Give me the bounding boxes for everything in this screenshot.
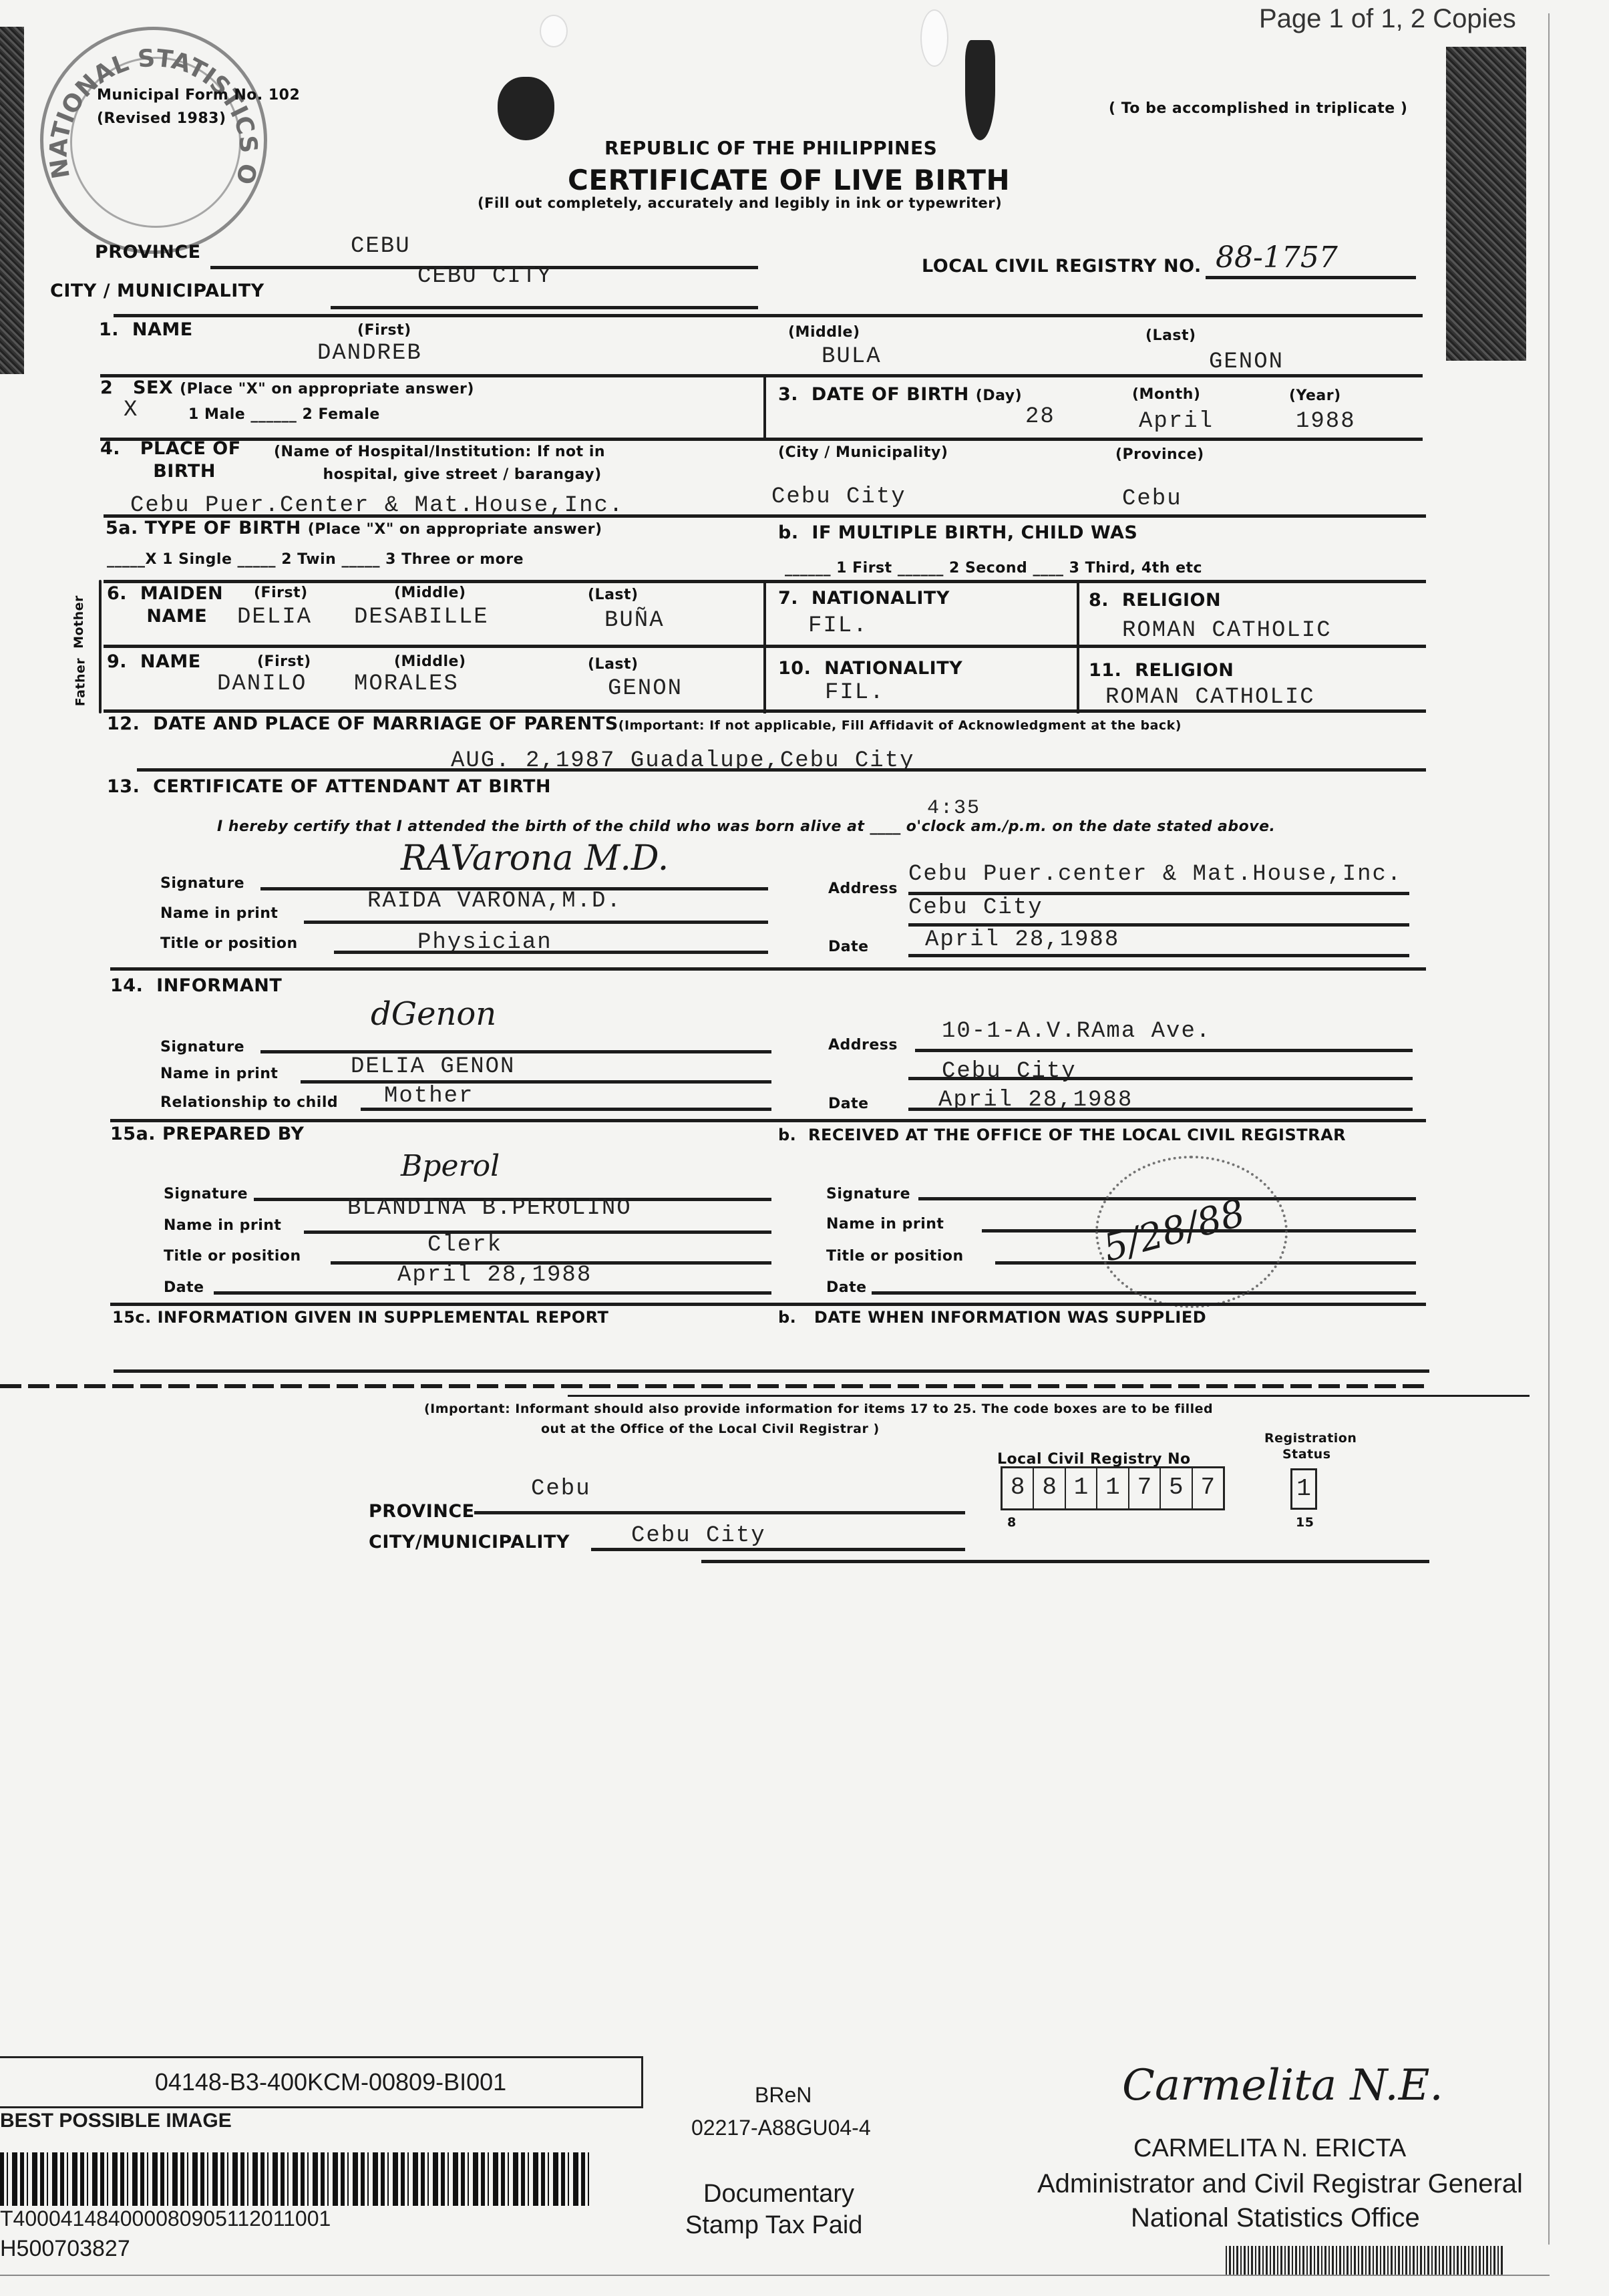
- item-number: 6.: [107, 583, 127, 604]
- registry-line: [1206, 276, 1416, 279]
- prepared-label: 15a. PREPARED BY: [110, 1124, 304, 1144]
- tob-options: _____X 1 Single _____ 2 Twin _____ 3 Thr…: [107, 551, 524, 568]
- row-divider: [104, 645, 1426, 648]
- item-number: b.: [778, 522, 799, 543]
- prepared-label-text: PREPARED BY: [162, 1124, 304, 1144]
- item-number: 4.: [100, 438, 120, 459]
- prepared-title-label: Title or position: [164, 1248, 301, 1265]
- item-number: 11.: [1089, 660, 1121, 681]
- supplemental-label: 15c. INFORMATION GIVEN IN SUPPLEMENTAL R…: [112, 1308, 608, 1327]
- row-divider: [114, 1369, 1429, 1373]
- father-nat-label: 10. NATIONALITY: [778, 658, 962, 679]
- right-scan-edge: [1446, 47, 1526, 361]
- received-sig-label: Signature: [826, 1186, 910, 1202]
- prepared-name-label: Name in print: [164, 1217, 281, 1234]
- mother-nationality: FIL.: [808, 613, 868, 639]
- stamp-tax-line-1: Documentary: [703, 2180, 854, 2208]
- row-divider: [114, 314, 1423, 317]
- pob-hint-1: (Name of Hospital/Institution: If not in: [274, 444, 605, 460]
- right-page-border: [1548, 13, 1550, 2245]
- item-number: 8.: [1089, 590, 1109, 611]
- tob-label: 5a. TYPE OF BIRTH (Place "X" on appropri…: [106, 518, 602, 538]
- code-box: 7: [1129, 1468, 1161, 1508]
- tob-label-text: TYPE OF BIRTH: [145, 518, 301, 538]
- informant-rel-label: Relationship to child: [160, 1094, 338, 1111]
- tob-mark[interactable]: X: [146, 551, 157, 568]
- informant-address-1: 10-1-A.V.RAma Ave.: [942, 1019, 1211, 1044]
- informant-sig-label: Signature: [160, 1039, 244, 1055]
- item-number: 3.: [778, 384, 798, 405]
- dob-label: 3. DATE OF BIRTH (Day): [778, 384, 1022, 405]
- birth-time: 4:35: [927, 797, 980, 820]
- item-number: b.: [778, 1308, 796, 1327]
- codes-important-1: (Important: Informant should also provid…: [424, 1402, 1213, 1416]
- row-divider: [568, 1395, 1530, 1397]
- codes-important-2: out at the Office of the Local Civil Reg…: [541, 1422, 880, 1436]
- item-number: 13.: [107, 776, 140, 797]
- sex-label: 2 SEX (Place "X" on appropriate answer): [100, 377, 474, 398]
- status-label-1: Registration: [1264, 1431, 1357, 1446]
- province-value: CEBU: [351, 234, 411, 259]
- mother-middle-label: (Middle): [394, 585, 466, 601]
- name-line: [304, 921, 768, 924]
- supplemental-date-text: DATE WHEN INFORMATION WAS SUPPLIED: [814, 1308, 1206, 1327]
- informant-relationship: Mother: [384, 1084, 474, 1109]
- item-number: 1.: [99, 319, 119, 340]
- child-middle-name: BULA: [822, 344, 882, 369]
- row-divider: [104, 709, 1426, 713]
- svg-text:NATIONAL STATISTICS OFFICE: NATIONAL STATISTICS OFFICE: [43, 30, 262, 187]
- row-divider: [110, 1303, 1426, 1306]
- mother-religion: ROMAN CATHOLIC: [1122, 618, 1332, 643]
- multi-first-option[interactable]: 1 First: [836, 560, 892, 577]
- informant-signature: dGenon: [371, 995, 496, 1033]
- address-line-2: [908, 1077, 1413, 1080]
- status-code-below: 15: [1296, 1515, 1314, 1530]
- attendant-address-label: Address: [828, 880, 898, 897]
- informant-address-label: Address: [828, 1037, 898, 1053]
- mother-rel-label: 8. RELIGION: [1089, 590, 1221, 611]
- middle-label: (Middle): [788, 324, 860, 341]
- father-middle: MORALES: [354, 671, 459, 697]
- tob-twin-option[interactable]: 2 Twin: [281, 551, 336, 568]
- supplemental-label-text: INFORMATION GIVEN IN SUPPLEMENTAL REPORT: [158, 1308, 609, 1327]
- pob-city-label: (City / Municipality): [778, 444, 948, 461]
- code-box: 8: [1034, 1468, 1065, 1508]
- name-line: [304, 1231, 771, 1234]
- registrar-office: National Statistics Office: [1131, 2203, 1420, 2233]
- address-line: [915, 1049, 1413, 1052]
- received-name-label: Name in print: [826, 1216, 944, 1233]
- item-number: 15c.: [112, 1308, 152, 1327]
- marriage-line: [137, 768, 1426, 772]
- received-label-text: RECEIVED AT THE OFFICE OF THE LOCAL CIVI…: [808, 1126, 1346, 1144]
- nso-seal: NATIONAL STATISTICS OFFICE: [40, 27, 267, 254]
- attendant-label-text: CERTIFICATE OF ATTENDANT AT BIRTH: [153, 776, 551, 797]
- certify-text-pre: I hereby certify that I attended the bir…: [217, 818, 864, 835]
- mother-last: BUÑA: [604, 608, 665, 633]
- rel-line: [361, 1108, 771, 1111]
- punch-hole-left: [540, 15, 568, 47]
- status-value: 1: [1292, 1470, 1315, 1508]
- page-title: CERTIFICATE OF LIVE BIRTH: [568, 164, 1010, 196]
- seal-text-icon: NATIONAL STATISTICS OFFICE: [43, 30, 264, 251]
- sex-hint: (Place "X" on appropriate answer): [180, 381, 474, 397]
- best-possible-image: BEST POSSIBLE IMAGE: [0, 2110, 232, 2132]
- prepared-signature: Bperol: [401, 1149, 500, 1183]
- nationality-label: NATIONALITY: [824, 658, 962, 679]
- father-middle-label: (Middle): [394, 653, 466, 670]
- code-box: 7: [1193, 1468, 1223, 1508]
- multi-second-option[interactable]: 2 Second: [949, 560, 1027, 577]
- title-line: [334, 951, 768, 954]
- footer-rule: [0, 2275, 1550, 2276]
- barcode-icon: [0, 2152, 592, 2206]
- codes-city-label: CITY/MUNICIPALITY: [369, 1532, 570, 1552]
- codes-city: Cebu City: [631, 1523, 766, 1548]
- city-value: CEBU CITY: [417, 264, 552, 289]
- pob-province-label: (Province): [1115, 446, 1204, 463]
- sex-label-text: SEX: [133, 377, 173, 398]
- attendant-certify: I hereby certify that I attended the bir…: [217, 818, 1275, 835]
- code-box: 1: [1097, 1468, 1129, 1508]
- name-label-text: NAME: [140, 651, 201, 672]
- attendant-name: RAIDA VARONA,M.D.: [367, 888, 622, 914]
- informant-name-label: Name in print: [160, 1065, 278, 1082]
- multi-label-text: IF MULTIPLE BIRTH, CHILD WAS: [812, 522, 1137, 543]
- date-line: [214, 1291, 771, 1295]
- registrar-name: CARMELITA N. ERICTA: [1133, 2134, 1406, 2163]
- row-divider: [110, 1119, 1426, 1122]
- date-line: [908, 1108, 1413, 1111]
- maiden-label: MAIDEN: [140, 583, 223, 604]
- mother-name-label: 6. MAIDEN NAME: [107, 583, 223, 628]
- dob-day-label: (Day): [976, 387, 1022, 404]
- received-label: b. RECEIVED AT THE OFFICE OF THE LOCAL C…: [778, 1126, 1346, 1144]
- child-last-name: GENON: [1209, 349, 1284, 375]
- father-rel-label: 11. RELIGION: [1089, 660, 1234, 681]
- informant-label: 14. INFORMANT: [110, 975, 282, 996]
- code-box: 1: [1066, 1468, 1097, 1508]
- prepared-date-label: Date: [164, 1279, 204, 1296]
- father-side-label: Father: [73, 658, 87, 707]
- received-date-label: Date: [826, 1279, 867, 1296]
- marriage-label-text: DATE AND PLACE OF MARRIAGE OF PARENTS: [153, 713, 618, 734]
- father-first: DANILO: [217, 671, 307, 697]
- instruction-triplicate: ( To be accomplished in triplicate ): [1109, 100, 1407, 117]
- pob-label-2: BIRTH: [153, 461, 216, 482]
- dob-month: April: [1139, 409, 1214, 434]
- sun-emblem-icon: [498, 77, 554, 140]
- father-name-label: 9. NAME: [107, 651, 201, 672]
- informant-address-2: Cebu City: [942, 1059, 1077, 1084]
- bren-label: BReN: [755, 2083, 812, 2108]
- address-line-2: [908, 923, 1409, 927]
- registry-code-boxes: 8 8 1 1 7 5 7: [1001, 1466, 1225, 1510]
- prepared-date: April 28,1988: [397, 1263, 592, 1288]
- sex-mark[interactable]: X: [124, 397, 138, 423]
- mother-first: DELIA: [237, 605, 312, 630]
- code-box: 8: [1003, 1468, 1034, 1508]
- republic-heading: REPUBLIC OF THE PHILIPPINES: [604, 137, 937, 159]
- row-divider: [701, 1560, 1429, 1563]
- pot-emblem-icon: [965, 40, 995, 140]
- item-number: 9.: [107, 651, 127, 672]
- sig-line: [260, 1050, 771, 1053]
- name-label: 1. NAME: [99, 319, 193, 340]
- father-nationality: FIL.: [825, 680, 885, 705]
- attendant-sig-label: Signature: [160, 875, 244, 892]
- left-scan-edge: [0, 27, 24, 374]
- religion-label: RELIGION: [1135, 660, 1234, 681]
- form-subtitle: (Fill out completely, accurately and leg…: [478, 195, 1002, 211]
- control-number: 04148-B3-400KCM-00809-BI001: [0, 2058, 641, 2106]
- father-last: GENON: [608, 676, 683, 701]
- registry-code-below: 8: [1007, 1515, 1017, 1530]
- form-number: Municipal Form No. 102: [97, 87, 300, 104]
- religion-label: RELIGION: [1122, 590, 1221, 611]
- attendant-address-2: Cebu City: [908, 895, 1043, 921]
- received-title-label: Title or position: [826, 1248, 964, 1265]
- prepared-title: Clerk: [427, 1233, 502, 1258]
- tob-three-option[interactable]: 3 Three or more: [385, 551, 524, 568]
- prepared-name: BLANDINA B.PEROLINO: [347, 1196, 632, 1221]
- attendant-label: 13. CERTIFICATE OF ATTENDANT AT BIRTH: [107, 776, 551, 797]
- row-divider: [110, 967, 1426, 971]
- registry-no-label: LOCAL CIVIL REGISTRY NO.: [922, 256, 1202, 277]
- pob-hint: (Name of Hospital/Institution: If not in…: [274, 441, 605, 486]
- father-religion: ROMAN CATHOLIC: [1105, 685, 1315, 710]
- codes-province-label: PROVINCE: [369, 1501, 475, 1522]
- dashed-divider: [0, 1384, 1429, 1388]
- informant-date-label: Date: [828, 1096, 869, 1112]
- item-number: 5a.: [106, 518, 138, 538]
- dob-year-label: (Year): [1289, 387, 1341, 404]
- pob-province: Cebu: [1122, 486, 1182, 512]
- marriage-hint: (Important: If not applicable, Fill Affi…: [618, 718, 1182, 733]
- marriage-label: 12. DATE AND PLACE OF MARRIAGE OF PARENT…: [107, 713, 1182, 734]
- status-code-box: 1: [1290, 1468, 1317, 1510]
- punch-hole-right: [920, 9, 948, 67]
- serial-number: H500703827: [0, 2236, 130, 2262]
- mother-middle: DESABILLE: [354, 605, 489, 630]
- informant-name: DELIA GENON: [351, 1054, 515, 1080]
- item-number: 15a.: [110, 1124, 156, 1144]
- pob-hint-2: hospital, give street / barangay): [323, 466, 601, 483]
- father-last-label: (Last): [588, 656, 639, 673]
- date-line: [908, 954, 1409, 957]
- registry-code-label: Local Civil Registry No: [997, 1451, 1191, 1468]
- multi-label: b. IF MULTIPLE BIRTH, CHILD WAS: [778, 522, 1137, 543]
- pob-city: Cebu City: [771, 484, 906, 510]
- name-label-text: NAME: [132, 319, 193, 340]
- bracket: [99, 580, 102, 713]
- certify-text-post: o'clock am./p.m. on the date stated abov…: [906, 818, 1276, 835]
- item-number: 7.: [778, 588, 798, 609]
- item-number: 14.: [110, 975, 143, 996]
- registrar-barcode-icon: [1226, 2246, 1503, 2276]
- sex-female-option[interactable]: 2 Female: [303, 406, 380, 423]
- multi-options: ______ 1 First ______ 2 Second ____ 3 Th…: [785, 560, 1202, 577]
- pob-label-1: PLACE OF: [140, 438, 241, 459]
- city-line: [591, 1548, 965, 1551]
- multi-third-option[interactable]: 3 Third, 4th etc: [1069, 560, 1202, 577]
- attendant-address-1: Cebu Puer.center & Mat.House,Inc.: [908, 862, 1402, 887]
- stamp-tax-line-2: Stamp Tax Paid: [685, 2211, 862, 2240]
- barcode-number: T400041484000080905112011001: [0, 2206, 331, 2231]
- sex-options: 1 Male ______ 2 Female: [188, 406, 380, 423]
- attendant-date: April 28,1988: [925, 927, 1119, 953]
- city-label: CITY / MUNICIPALITY: [50, 281, 264, 301]
- mother-last-label: (Last): [588, 587, 639, 603]
- father-first-label: (First): [257, 653, 311, 670]
- registrar-title: Administrator and Civil Registrar Genera…: [1037, 2169, 1523, 2199]
- city-line: [331, 306, 758, 309]
- supplemental-date-label: b. DATE WHEN INFORMATION WAS SUPPLIED: [778, 1308, 1206, 1327]
- attendant-signature: RAVarona M.D.: [401, 838, 669, 878]
- mother-nat-label: 7. NATIONALITY: [778, 588, 950, 609]
- dob-day: 28: [1025, 404, 1055, 430]
- name-label-text: NAME: [146, 606, 207, 627]
- col-divider: [763, 374, 766, 441]
- first-label: (First): [357, 322, 411, 339]
- bren-number: 02217-A88GU04-4: [691, 2116, 871, 2140]
- registry-no-value: 88-1757: [1216, 240, 1338, 275]
- pob-label: 4. PLACE OF BIRTH: [100, 438, 241, 483]
- child-first-name: DANDREB: [317, 341, 422, 366]
- tob-hint: (Place "X" on appropriate answer): [308, 521, 602, 538]
- sex-male-option[interactable]: 1 Male: [188, 406, 245, 423]
- form-revised: (Revised 1983): [97, 110, 226, 127]
- dob-month-label: (Month): [1132, 386, 1200, 403]
- code-box: 5: [1161, 1468, 1192, 1508]
- tob-single-option[interactable]: 1 Single: [162, 551, 232, 568]
- last-label: (Last): [1145, 327, 1196, 344]
- dob-label-text: DATE OF BIRTH: [812, 384, 969, 405]
- control-number-box: 04148-B3-400KCM-00809-BI001: [0, 2056, 643, 2108]
- prepared-sig-label: Signature: [164, 1186, 248, 1202]
- attendant-date-label: Date: [828, 939, 869, 955]
- nationality-label: NATIONALITY: [812, 588, 950, 609]
- province-label: PROVINCE: [95, 242, 201, 263]
- item-number: 2: [100, 377, 113, 398]
- informant-label-text: INFORMANT: [156, 975, 282, 996]
- registrar-signature: Carmelita N.E.: [1122, 2061, 1443, 2110]
- name-line: [301, 1080, 771, 1084]
- mother-side-label: Mother: [71, 595, 86, 649]
- province-line: [474, 1511, 965, 1514]
- mother-first-label: (First): [254, 585, 308, 601]
- dob-year: 1988: [1296, 409, 1356, 434]
- codes-province: Cebu: [531, 1476, 591, 1502]
- attendant-title-label: Title or position: [160, 935, 298, 952]
- item-number: b.: [778, 1126, 796, 1144]
- status-label-2: Status: [1282, 1447, 1331, 1462]
- item-number: 12.: [107, 713, 140, 734]
- page-info: Page 1 of 1, 2 Copies: [1259, 4, 1516, 34]
- attendant-name-label: Name in print: [160, 905, 278, 922]
- item-number: 10.: [778, 658, 811, 679]
